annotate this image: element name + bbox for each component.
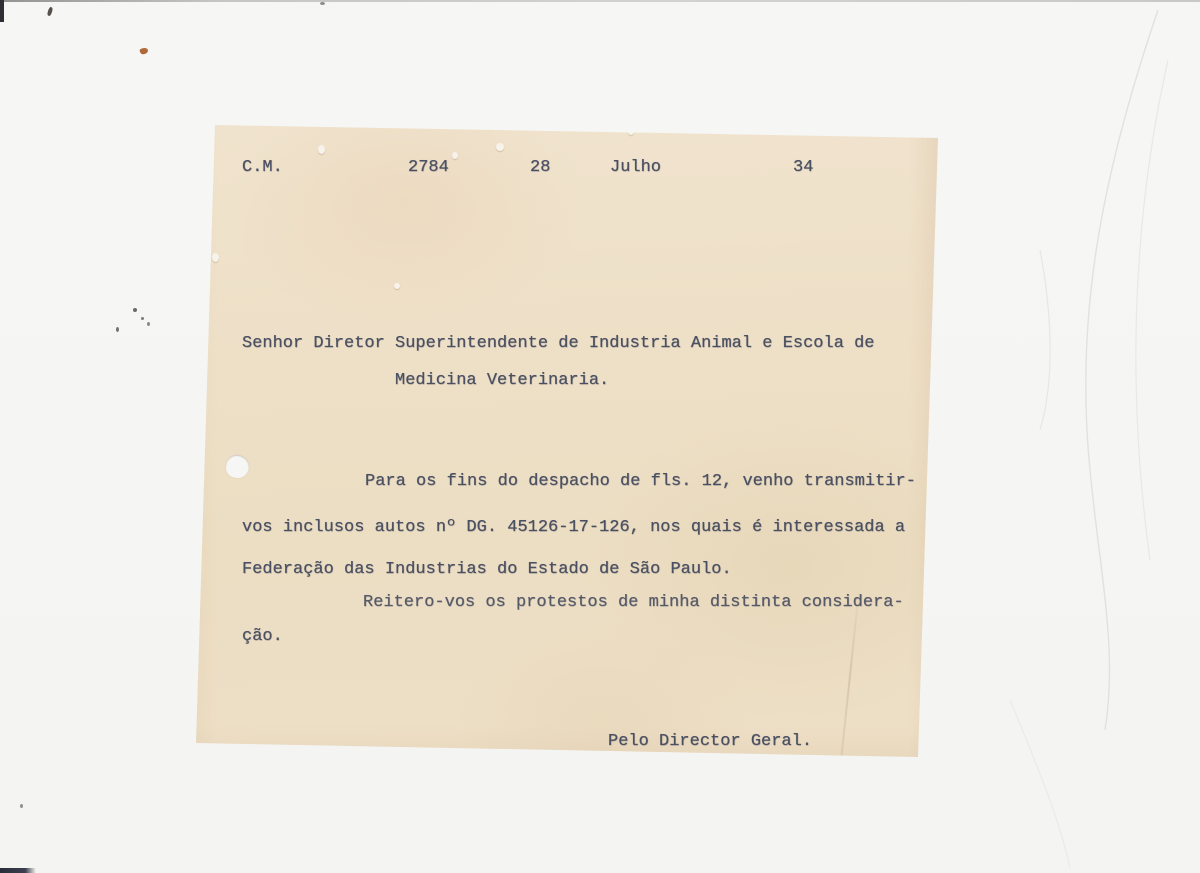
header-year: 34 — [793, 159, 813, 176]
scan-background: C.M. 2784 28 Julho 34 Senhor Diretor Sup… — [0, 0, 1200, 873]
body-paragraph2-line2: ção. — [242, 628, 283, 645]
recipient-line-2: Medicina Veterinaria. — [395, 372, 609, 389]
body-paragraph1-line1: Para os fins do despacho de fls. 12, ven… — [365, 473, 916, 490]
body-paragraph2-line1: Reitero-vos os protestos de minha distin… — [363, 594, 904, 611]
recipient-line-1: Senhor Diretor Superintendente de Indust… — [242, 335, 875, 352]
body-paragraph1-line2: vos inclusos autos nº DG. 45126-17-126, … — [242, 519, 905, 536]
header-day: 28 — [530, 159, 550, 176]
typewritten-text-layer: C.M. 2784 28 Julho 34 Senhor Diretor Sup… — [0, 0, 1200, 873]
body-paragraph1-line3: Federação das Industrias do Estado de Sã… — [242, 561, 732, 578]
header-ref: C.M. — [242, 159, 283, 176]
header-number: 2784 — [408, 159, 449, 176]
header-month: Julho — [610, 159, 661, 176]
signature-line: Pelo Director Geral. — [608, 733, 812, 750]
